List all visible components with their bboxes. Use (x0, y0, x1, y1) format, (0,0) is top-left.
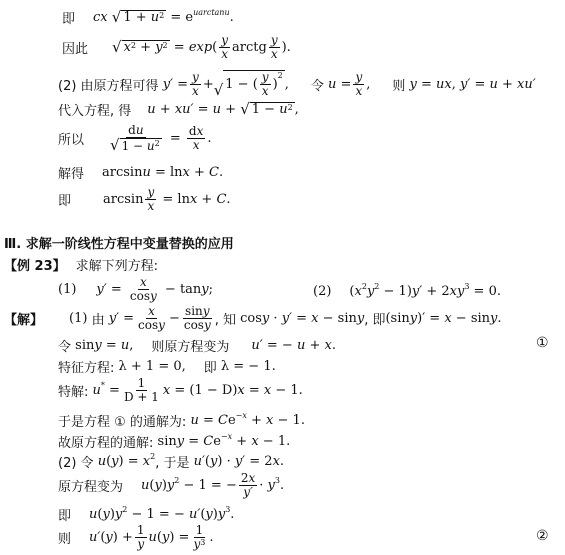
fraction: yx (190, 71, 201, 98)
equation-marker-2: ② (536, 528, 549, 544)
label-zhi: , 知 (215, 309, 236, 328)
equation-marker-1: ① (536, 335, 549, 351)
example-eq2: (2) (x2y2 − 1)y′ + 2xy3 = 0. (313, 284, 501, 299)
section-title: Ⅲ. 求解一阶线性方程中变量替换的应用 (4, 233, 234, 252)
sqrt: √1 − (yx)2 (214, 70, 285, 98)
label-ji: 即 (58, 190, 71, 209)
label-yushi: 于是方程 ① 的通解为: (58, 411, 186, 430)
fraction: xcosy (136, 305, 167, 332)
solution-step-2: 令 siny = u, 则原方程变为 u′ = − u + x. (58, 336, 336, 355)
math-expr: = exp( (170, 40, 218, 55)
example-tag: 【例 23】 (4, 255, 66, 274)
math-expr: = (173, 77, 188, 92)
sqrt: √1 + u2 (112, 10, 166, 25)
line-jiede: 解得 arcsinu = lnx + C. (58, 163, 223, 182)
solution-step-4: 特解: u* = 1D + 1 x = (1 − D)x = x − 1. (58, 377, 303, 404)
math-expr: (x2y2 − 1)y′ + 2xy3 = 0. (349, 284, 501, 299)
solution-step-9: 即 u(y)y2 − 1 = − u′(y)y3. (58, 505, 234, 524)
solution-step-5: 于是方程 ① 的通解为: u = Ce−x + x − 1. (58, 411, 305, 430)
label-zeyuan: 则原方程变为 (151, 336, 229, 355)
fraction: 1y (135, 524, 147, 551)
label-ji: , 即 (364, 309, 385, 328)
math-expr: arcsinu = lnx + C. (102, 165, 223, 180)
fraction: dxx (187, 125, 205, 152)
fraction: du√1 − u2 (108, 124, 164, 153)
fraction: sinycosy (182, 305, 213, 332)
solution-step-8: 原方程变为 u(y)y2 − 1 = − 2xy′ · y3. (58, 472, 284, 499)
label-part2: (2) 由原方程可得 (58, 75, 159, 94)
fraction: yx (145, 186, 156, 213)
solution-step-3: 特征方程: λ + 1 = 0, 即 λ = − 1. (58, 357, 276, 376)
line-suoyi: 所以 du√1 − u2 = dxx. (58, 124, 212, 153)
fraction: 1y3 (191, 524, 207, 551)
label-tejie: 特解: (58, 381, 88, 400)
label-dairu: 代入方程, 得 (58, 100, 131, 119)
label-yushi: , 于是 (155, 452, 189, 471)
label-ji: 即 (204, 357, 217, 376)
math-expr: + (203, 77, 214, 92)
sqrt: √x2 + y2 (112, 40, 170, 55)
solution-step-10: 则 u′(y) + 1y u(y) = 1y3 . (58, 524, 213, 551)
math-expr: u (147, 102, 155, 117)
label-yinci: 因此 (62, 38, 88, 57)
label-ji: 即 (62, 8, 75, 27)
fraction: yx (219, 34, 230, 61)
math-expr: arcsin (103, 192, 143, 207)
math-expr: = (336, 77, 351, 92)
line-ji-1: 即 cx √1 + u2 = euarctanu. (62, 8, 234, 27)
fraction: 1D + 1 (122, 377, 161, 404)
line-dairu: 代入方程, 得 u + xu′ = u + √1 − u2, (58, 100, 299, 119)
example-prompt: 求解下列方程: (76, 255, 158, 274)
label-guyuan: 故原方程的通解: (58, 432, 153, 451)
fraction: yx (353, 71, 364, 98)
label-ze: 则 (392, 75, 405, 94)
fraction: xcosy (128, 276, 159, 303)
line-yinci: 因此 √x2 + y2 = exp( yx arctg yx ). (62, 34, 291, 61)
eq2-label: (2) (313, 284, 331, 299)
math-expr: , (366, 77, 370, 92)
math-expr: ). (282, 40, 291, 55)
math-expr: cx (93, 10, 112, 25)
label-part2: (2) 令 (58, 452, 94, 471)
sqrt: √1 − u2 (240, 102, 294, 117)
line-ji-2: 即 arcsin yx = lnx + C. (58, 186, 231, 213)
example-header: 【例 23】 求解下列方程: (4, 255, 158, 274)
label-ji: 即 (58, 505, 71, 524)
label-tezheng: 特征方程: (58, 357, 114, 376)
label-ling: 令 (311, 75, 324, 94)
eq1-label: (1) (58, 282, 76, 297)
solution-tag: 【解】 (4, 309, 43, 328)
math-expr: , (285, 77, 289, 92)
solution-step-1: 【解】 (1) 由 y′ = xcosy − sinycosy , 知 cosy… (4, 305, 502, 332)
math-expr: = euarctanu. (166, 10, 234, 25)
solution-step-7: (2) 令 u(y) = x2 , 于是 u′(y) · y′ = 2x. (58, 452, 284, 471)
math-expr: arctg (232, 40, 267, 55)
example-eq1: (1) y′ = xcosy − tany; (58, 276, 213, 303)
fraction: yx (269, 34, 280, 61)
math-expr: = lnx + C. (158, 192, 230, 207)
label-yuan: 原方程变为 (58, 476, 123, 495)
line-part2: (2) 由原方程可得 y′ = yx + √1 − (yx)2 , 令 u = … (58, 70, 536, 98)
solution-step-6: 故原方程的通解: siny = Ce−x + x − 1. (58, 432, 290, 451)
label-yu: 由 (92, 309, 105, 328)
fraction: 2xy′ (239, 472, 257, 499)
math-expr: u (324, 77, 337, 92)
label-jiede: 解得 (58, 163, 84, 182)
label-suoyi: 所以 (58, 129, 84, 148)
label-ling: 令 (58, 336, 71, 355)
label-ze: 则 (58, 528, 71, 547)
math-expr: y (405, 77, 416, 92)
math-expr: y′ (159, 77, 173, 92)
